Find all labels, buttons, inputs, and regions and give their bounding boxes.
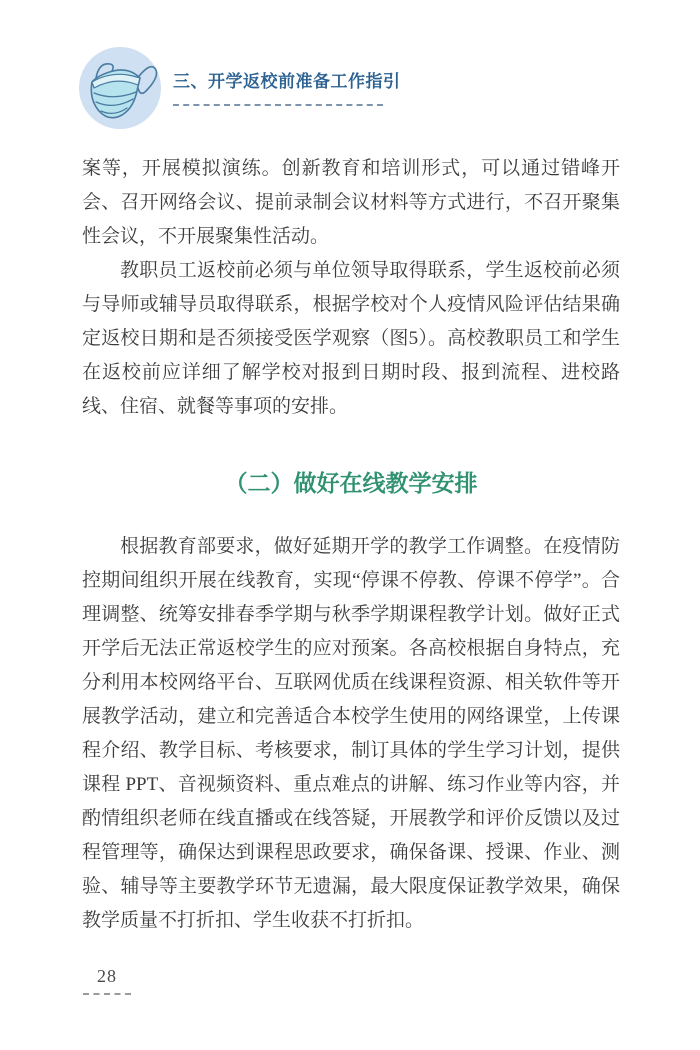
page-body: 案等，开展模拟演练。创新教育和培训形式，可以通过错峰开会、召开网络会议、提前录制… [82, 152, 620, 938]
section-heading: （二）做好在线教学安排 [82, 466, 620, 502]
chapter-title-dashed-rule [173, 104, 383, 106]
document-page: 三、开学返校前准备工作指引 案等，开展模拟演练。创新教育和培训形式，可以通过错峰… [0, 0, 700, 1050]
paragraph-continuation: 案等，开展模拟演练。创新教育和培训形式，可以通过错峰开会、召开网络会议、提前录制… [82, 152, 620, 254]
paragraph: 教职员工返校前必须与单位领导取得联系，学生返校前必须与导师或辅导员取得联系，根据… [82, 254, 620, 424]
face-mask-icon [79, 47, 161, 129]
page-number: 28 [83, 966, 131, 987]
chapter-title-block: 三、开学返校前准备工作指引 [173, 47, 401, 106]
chapter-title: 三、开学返校前准备工作指引 [173, 71, 401, 93]
face-mask-illustration [79, 47, 161, 129]
page-number-dashed-rule [83, 993, 131, 995]
paragraph: 根据教育部要求，做好延期开学的教学工作调整。在疫情防控期间组织开展在线教育，实现… [82, 530, 620, 938]
page-footer: 28 [83, 966, 131, 995]
chapter-header: 三、开学返校前准备工作指引 [79, 47, 401, 129]
